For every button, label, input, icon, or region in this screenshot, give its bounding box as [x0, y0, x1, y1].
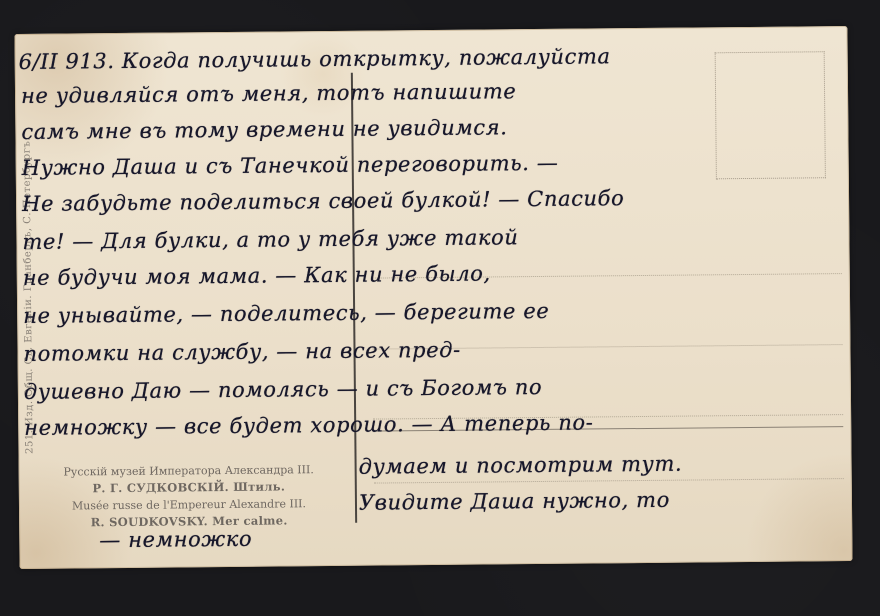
handwriting-line: не унывайте, — поделитесь, — берегите ее: [23, 299, 549, 328]
handwriting-line: Не забудьте поделиться своей булкой! — С…: [22, 186, 624, 216]
handwriting-line: не будучи моя мама. — Как ни не было,: [23, 261, 491, 289]
handwriting-line: Увидите Даша нужно, то: [359, 488, 670, 515]
handwriting-line: немножку — все будет хорошо. — А теперь …: [24, 410, 593, 439]
handwriting-line: думаем и посмотрим тут.: [359, 452, 683, 479]
handwriting-line: me! — Для булки, а то у тебя уже такой: [22, 225, 518, 254]
handwritten-message: 6/II 913. Когда получишь открытку, пожал…: [14, 26, 852, 569]
handwriting-line: душевно Даю — помолясь — и съ Богомъ по: [24, 375, 542, 404]
handwriting-line: Нужно Даша и съ Танечкой переговорить. —: [22, 151, 559, 180]
postcard: 251. Изд. Общ. Св. Евгенiи. Гранбергъ, С…: [14, 26, 852, 569]
handwriting-line: потомки на службу, — на всех пред-: [23, 338, 460, 366]
handwriting-line: не удивляйся отъ меня, тотъ напишите: [21, 79, 517, 108]
handwriting-line: 6/II 913. Когда получишь открытку, пожал…: [19, 44, 611, 74]
handwriting-line: самъ мне въ тому времени не увидимся.: [21, 115, 507, 144]
handwriting-line: — немножко: [99, 527, 252, 552]
